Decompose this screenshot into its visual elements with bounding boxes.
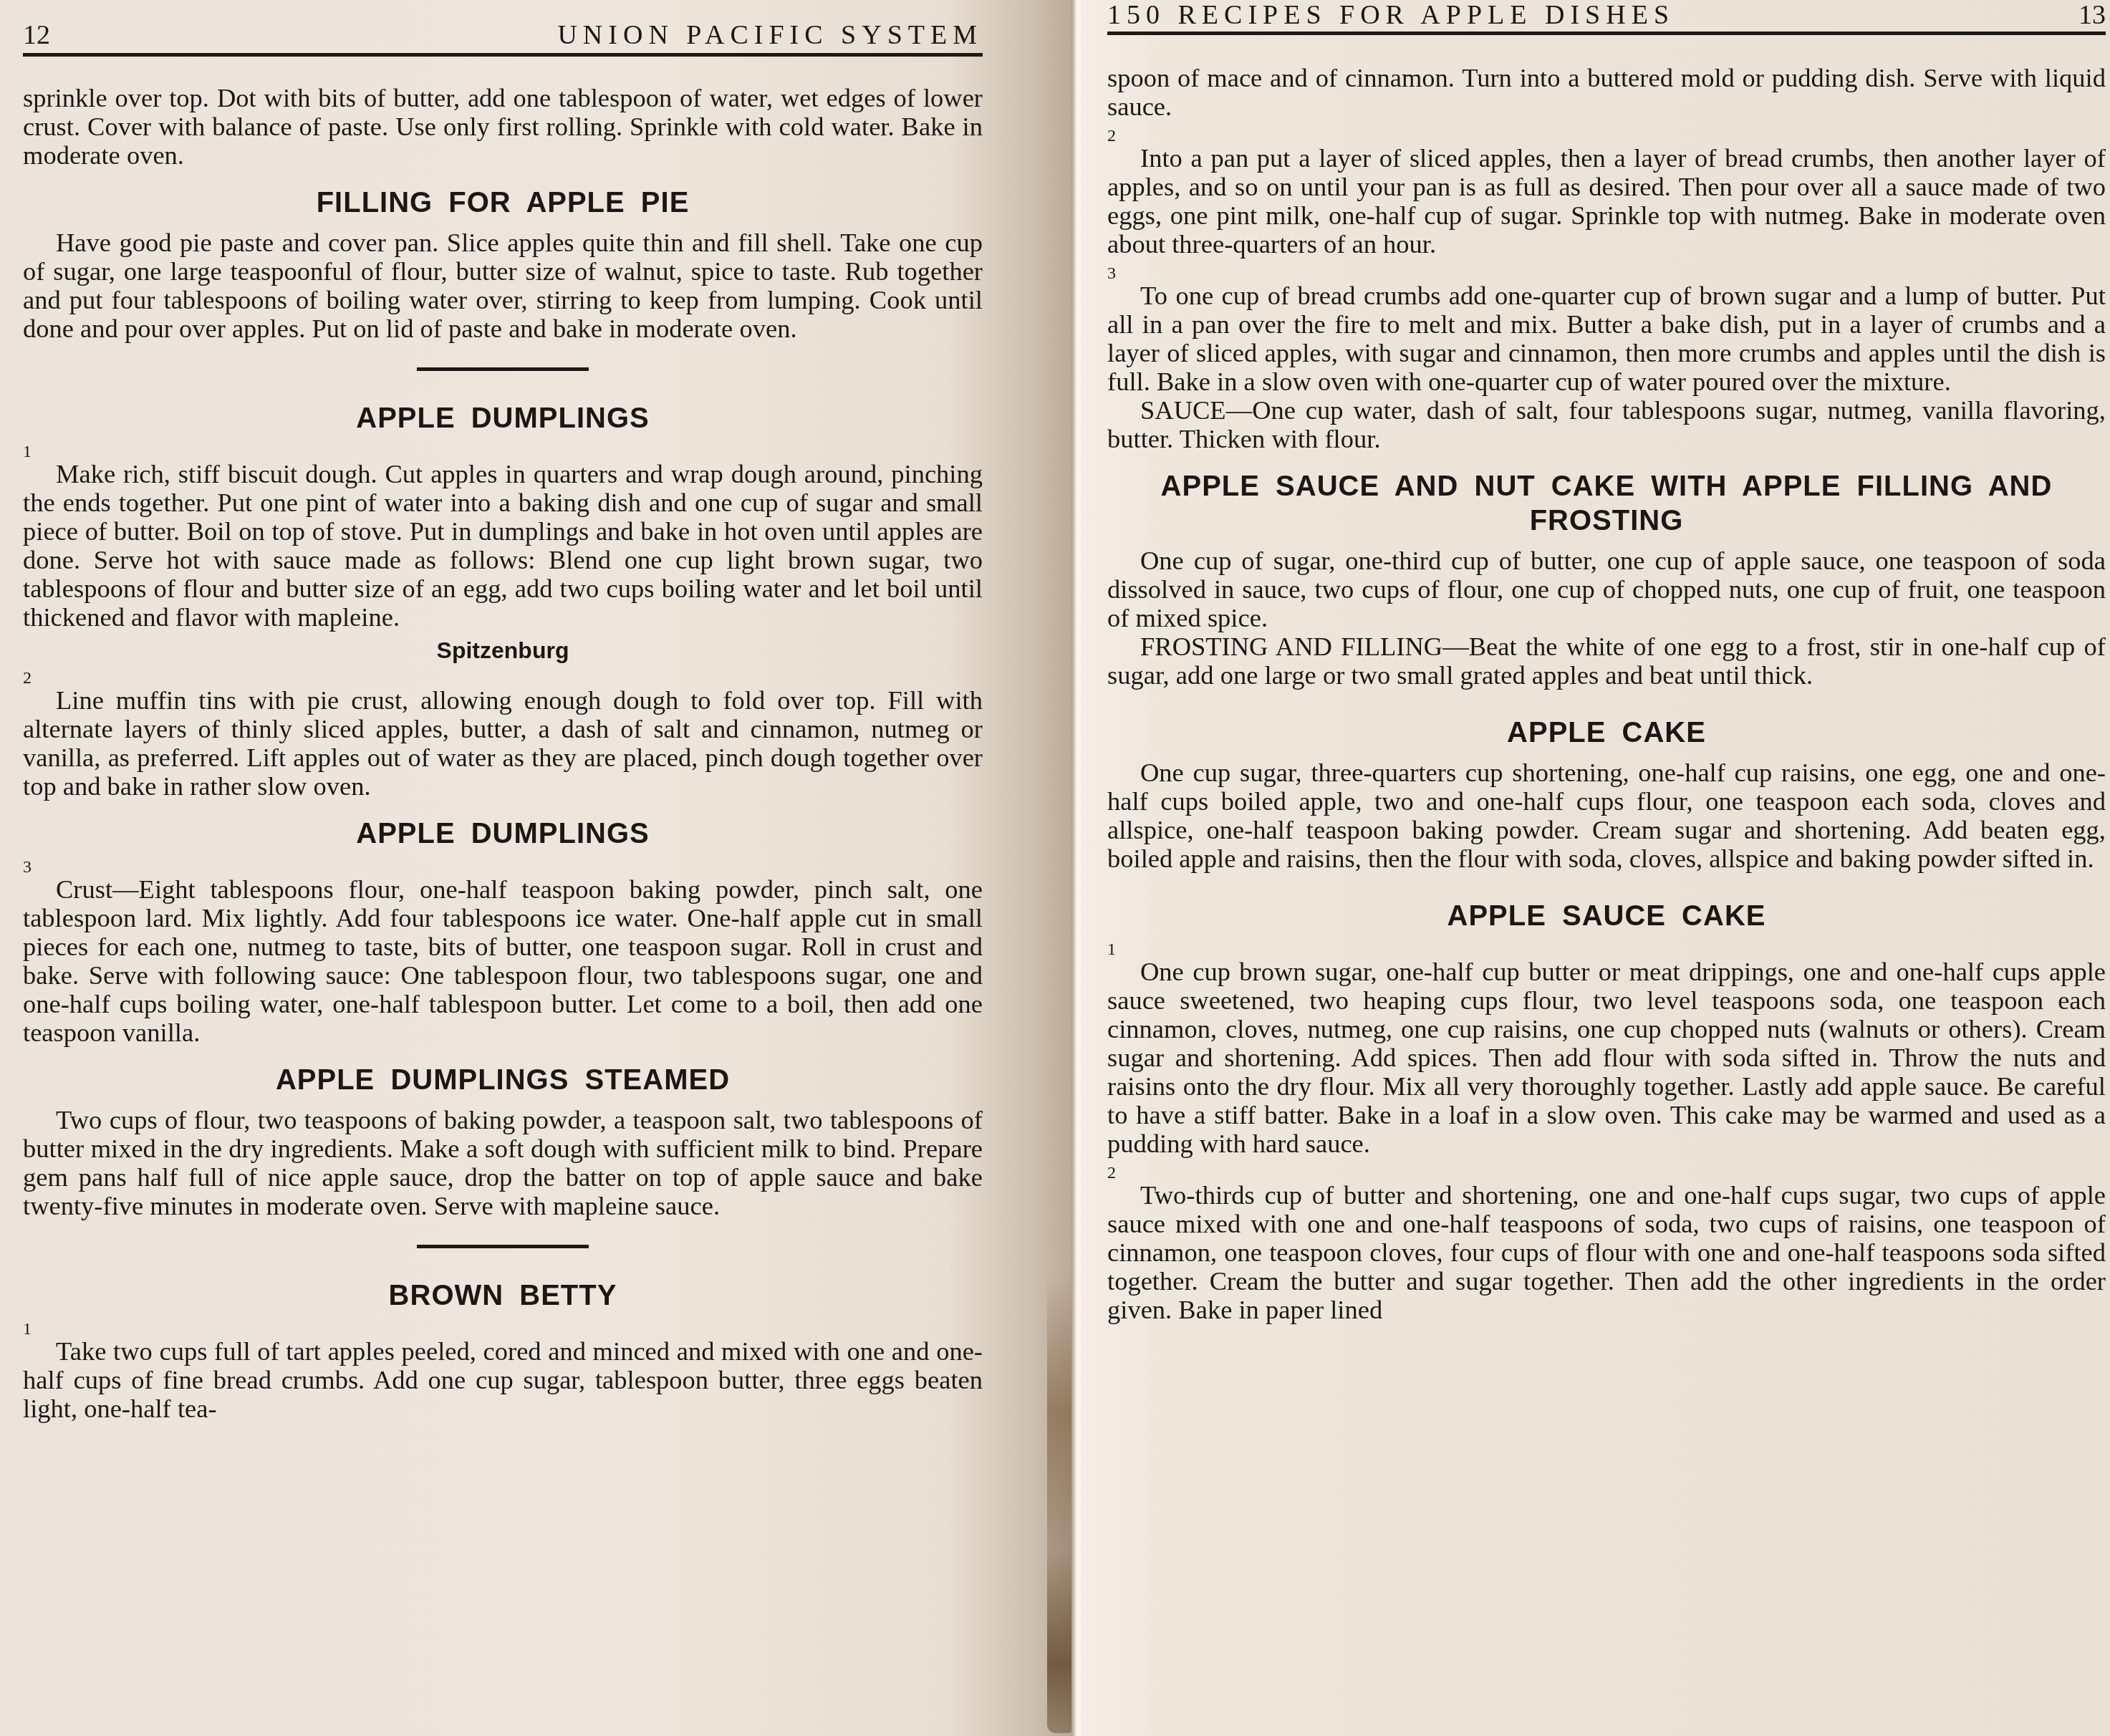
variant-number: 2 xyxy=(1107,1165,2106,1181)
recipe-paragraph: Make rich, stiff biscuit dough. Cut appl… xyxy=(23,460,983,632)
frosting-paragraph: FROSTING AND FILLING—Beat the white of o… xyxy=(1107,632,2106,690)
section-divider xyxy=(417,367,589,371)
recipe-paragraph: Have good pie paste and cover pan. Slice… xyxy=(23,228,983,343)
page-number-right: 13 xyxy=(2078,1,2106,29)
right-page: 150 RECIPES FOR APPLE DISHES 13 spoon of… xyxy=(1076,0,2110,1736)
variant-number: 2 xyxy=(1107,128,2106,144)
book-gutter xyxy=(1071,0,1082,1736)
right-running-head: 150 RECIPES FOR APPLE DISHES 13 xyxy=(1107,0,2106,35)
recipe-paragraph: Two-thirds cup of butter and shortening,… xyxy=(1107,1181,2106,1324)
spacer xyxy=(1107,690,2106,700)
recipe-title: FILLING FOR APPLE PIE xyxy=(23,185,983,220)
recipe-title: APPLE DUMPLINGS STEAMED xyxy=(23,1063,983,1097)
recipe-title: APPLE DUMPLINGS xyxy=(23,401,983,435)
right-page-content: spoon of mace and of cinnamon. Turn into… xyxy=(1107,35,2106,1324)
variant-number: 1 xyxy=(1107,942,2106,958)
variant-number: 3 xyxy=(1107,266,2106,281)
variant-number: 1 xyxy=(23,1321,983,1337)
recipe-title: BROWN BETTY xyxy=(23,1278,983,1313)
variant-number: 3 xyxy=(23,859,983,875)
recipe-title: APPLE CAKE xyxy=(1107,715,2106,750)
recipe-paragraph: Take two cups full of tart apples peeled… xyxy=(23,1337,983,1423)
book-spread: 12 UNION PACIFIC SYSTEM sprinkle over to… xyxy=(0,0,2110,1736)
variant-number: 2 xyxy=(23,670,983,686)
recipe-paragraph: One cup brown sugar, one-half cup butter… xyxy=(1107,958,2106,1158)
recipe-subtitle: Spitzenburg xyxy=(23,637,983,663)
recipe-title: APPLE SAUCE AND NUT CAKE WITH APPLE FILL… xyxy=(1107,469,2106,538)
variant-number: 1 xyxy=(23,444,983,460)
recipe-paragraph: Crust—Eight tablespoons flour, one-half … xyxy=(23,875,983,1047)
sauce-paragraph: SAUCE—One cup water, dash of salt, four … xyxy=(1107,396,2106,453)
recipe-title: APPLE DUMPLINGS xyxy=(23,816,983,851)
continued-paragraph: sprinkle over top. Dot with bits of butt… xyxy=(23,84,983,170)
left-page-content: sprinkle over top. Dot with bits of butt… xyxy=(23,57,983,1423)
recipe-paragraph: Line muffin tins with pie crust, allowin… xyxy=(23,686,983,801)
running-title-right: 150 RECIPES FOR APPLE DISHES xyxy=(1107,1,1675,29)
recipe-paragraph: Into a pan put a layer of sliced apples,… xyxy=(1107,144,2106,259)
spacer xyxy=(1107,873,2106,883)
left-running-head: 12 UNION PACIFIC SYSTEM xyxy=(23,0,983,57)
recipe-paragraph: One cup sugar, three-quarters cup shorte… xyxy=(1107,758,2106,873)
recipe-paragraph: One cup of sugar, one-third cup of butte… xyxy=(1107,546,2106,632)
left-page: 12 UNION PACIFIC SYSTEM sprinkle over to… xyxy=(0,0,1076,1736)
section-divider xyxy=(417,1245,589,1248)
page-number-left: 12 xyxy=(23,21,50,49)
recipe-paragraph: To one cup of bread crumbs add one-quart… xyxy=(1107,281,2106,396)
recipe-paragraph: Two cups of flour, two teaspoons of baki… xyxy=(23,1106,983,1220)
continued-paragraph: spoon of mace and of cinnamon. Turn into… xyxy=(1107,64,2106,121)
running-title-left: UNION PACIFIC SYSTEM xyxy=(557,21,983,49)
recipe-title: APPLE SAUCE CAKE xyxy=(1107,899,2106,933)
